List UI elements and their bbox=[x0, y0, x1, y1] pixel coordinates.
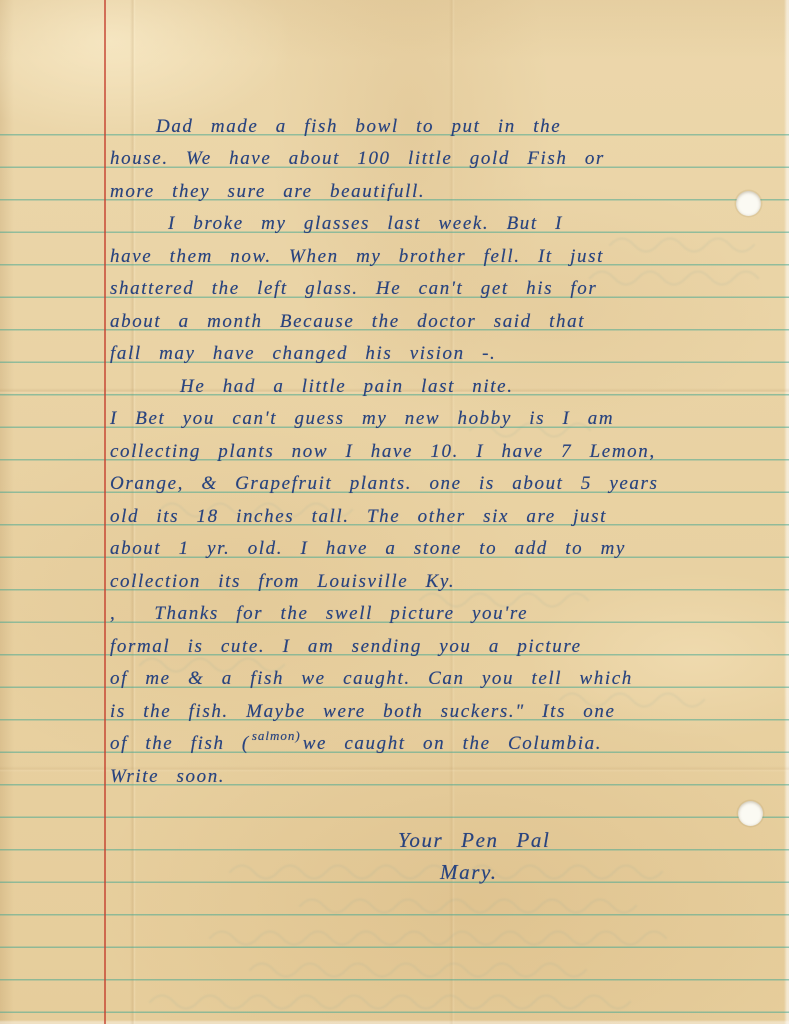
letter-line: , Thanks for the swell picture you're bbox=[110, 591, 777, 624]
letter-line-text: of the fish ( bbox=[110, 734, 250, 753]
closing-line: Your Pen Pal bbox=[110, 818, 777, 851]
inserted-word-salmon: salmon) bbox=[252, 729, 301, 742]
letter-line: about a month Because the doctor said th… bbox=[110, 298, 777, 331]
letter-line: I broke my glasses last week. But I bbox=[110, 201, 777, 234]
red-margin-line bbox=[104, 0, 106, 1024]
letter-line-text: we caught on the Columbia. bbox=[303, 734, 602, 753]
letter-line: collecting plants now I have 10. I have … bbox=[110, 428, 777, 461]
letter-page: Dad made a fish bowl to put in the house… bbox=[0, 0, 789, 1024]
letter-line: collection its from Louisville Ky. bbox=[110, 558, 777, 591]
letter-line: of me & a fish we caught. Can you tell w… bbox=[110, 656, 777, 689]
letter-line: Orange, & Grapefruit plants. one is abou… bbox=[110, 461, 777, 494]
letter-line: more they sure are beautifull. bbox=[110, 168, 777, 201]
letter-line: Dad made a fish bowl to put in the bbox=[110, 103, 777, 136]
letter-line: about 1 yr. old. I have a stone to add t… bbox=[110, 526, 777, 559]
letter-body: Dad made a fish bowl to put in the house… bbox=[110, 103, 777, 883]
letter-line-text: Thanks for the swell picture you're bbox=[154, 604, 528, 623]
stray-ink-mark: , bbox=[110, 604, 116, 623]
letter-line: I Bet you can't guess my new hobby is I … bbox=[110, 396, 777, 429]
letter-line: have them now. When my brother fell. It … bbox=[110, 233, 777, 266]
letter-line: fall may have changed his vision -. bbox=[110, 331, 777, 364]
letter-line: is the fish. Maybe were both suckers." I… bbox=[110, 688, 777, 721]
letter-line: Write soon. bbox=[110, 753, 777, 786]
letter-line: formal is cute. I am sending you a pictu… bbox=[110, 623, 777, 656]
letter-line: shattered the left glass. He can't get h… bbox=[110, 266, 777, 299]
letter-line: old its 18 inches tall. The other six ar… bbox=[110, 493, 777, 526]
letter-line: house. We have about 100 little gold Fis… bbox=[110, 136, 777, 169]
letter-line-with-insertion: of the fish ( salmon) we caught on the C… bbox=[110, 721, 777, 754]
letter-line: He had a little pain last nite. bbox=[110, 363, 777, 396]
blank-line bbox=[110, 786, 777, 819]
signature: Mary. bbox=[110, 851, 777, 884]
